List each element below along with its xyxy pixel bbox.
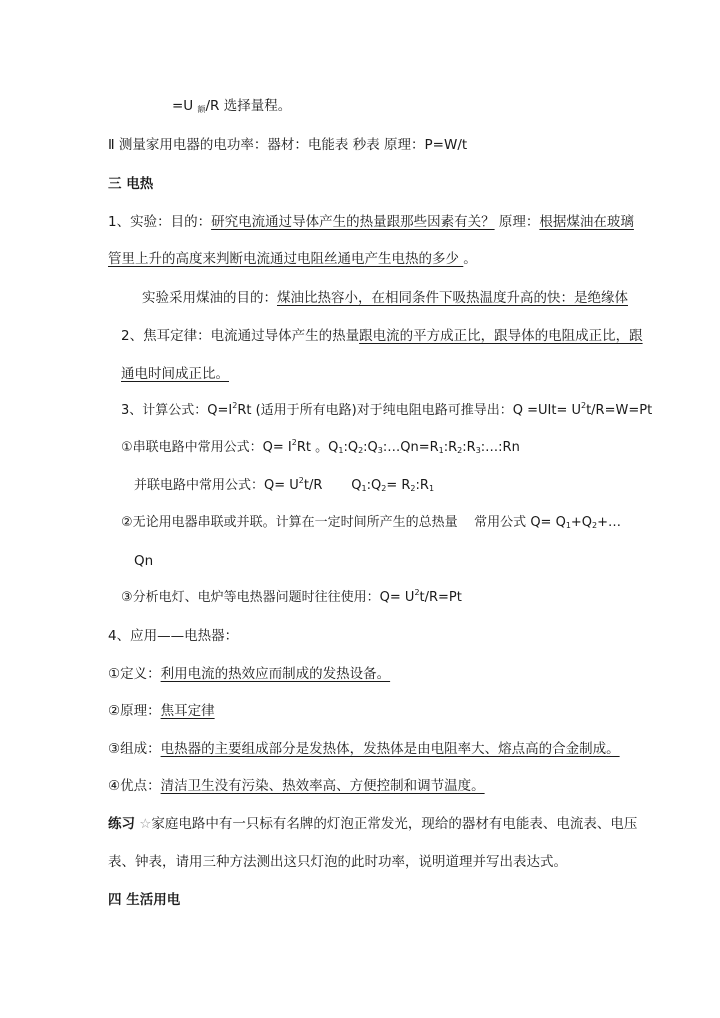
text: ②原理： xyxy=(108,703,161,719)
underlined-answer: 研究电流通过导体产生的热量跟那些因素有关？ xyxy=(211,214,495,230)
text: t/R Q xyxy=(304,478,362,493)
exercise-line-cont: 表、钟表，请用三种方法测出这只灯泡的此时功率，说明道理并写出表达式。 xyxy=(108,852,567,872)
section-heading-electric-heat: 三 电热 xyxy=(108,174,153,194)
text: ④优点： xyxy=(108,778,161,794)
text: t/R=Pt xyxy=(420,590,462,605)
underlined-answer: 跟电流的平方成正比，跟导体的电阻成正比，跟 xyxy=(359,328,643,344)
joule-law-line-cont: 通电时间成正比。 xyxy=(121,364,229,384)
text: :…Qn=R xyxy=(383,440,439,455)
text: ①定义： xyxy=(108,666,161,682)
text: /R 选择量程。 xyxy=(205,98,291,114)
total-heat-line-cont: Qn xyxy=(134,551,153,571)
parallel-formula-line: 并联电路中常用公式：Q= U2t/R Q1:Q2= R2:R1 xyxy=(134,476,434,496)
text: ②无论用电器串联或并联。计算在一定时间所产生的总热量 常用公式 Q= Q xyxy=(121,515,566,530)
text: :Q xyxy=(367,478,382,493)
underlined-answer: 通电时间成正比。 xyxy=(121,366,229,382)
joule-law-line: 2、焦耳定律：电流通过导体产生的热量跟电流的平方成正比，跟导体的电阻成正比，跟 xyxy=(121,326,643,346)
text: :R xyxy=(416,478,429,493)
text: :Q xyxy=(363,440,378,455)
subscript: 1 xyxy=(429,484,434,493)
section-heading-household-electricity: 四 生活用电 xyxy=(108,890,180,910)
text: :R xyxy=(462,440,475,455)
application-heading: 4、应用——电热器： xyxy=(108,626,238,646)
principle-line: ②原理：焦耳定律 xyxy=(108,701,215,721)
text: 并联电路中常用公式：Q= U xyxy=(134,478,299,493)
text: :R xyxy=(444,440,457,455)
experiment-line: 1、实验：目的：研究电流通过导体产生的热量跟那些因素有关？ 原理：根据煤油在玻璃 xyxy=(108,212,634,232)
text: = R xyxy=(386,478,410,493)
formula-calc-line: 3、计算公式：Q=I2Rt (适用于所有电路)对于纯电阻电路可推导出：Q =UI… xyxy=(121,401,652,421)
underlined-answer: 根据煤油在玻璃 xyxy=(539,214,634,230)
text: ①串联电路中常用公式：Q= I xyxy=(121,440,292,455)
text: +Q xyxy=(571,515,592,530)
text: ③分析电灯、电炉等电热器问题时往往使用：Q= U xyxy=(121,590,414,605)
series-formula-line: ①串联电路中常用公式：Q= I2Rt 。Q1:Q2:Q3:…Qn=R1:R2:R… xyxy=(121,438,520,458)
text: ③组成： xyxy=(108,741,161,757)
text: 。 xyxy=(463,251,477,267)
text: :…:Rn xyxy=(481,440,520,455)
text: =U xyxy=(172,98,197,114)
text: Rt (适用于所有电路)对于纯电阻电路可推导出：Q =UIt= U xyxy=(237,403,581,418)
underlined-answer: 利用电流的热效应而制成的发热设备。 xyxy=(161,666,391,682)
advantages-line: ④优点：清洁卫生没有污染、热效率高、方便控制和调节温度。 xyxy=(108,776,485,796)
composition-line: ③组成：电热器的主要组成部分是发热体，发热体是由电阻率大、熔点高的合金制成。 xyxy=(108,739,620,759)
text: :Q xyxy=(343,440,358,455)
star-icon: ☆ xyxy=(135,816,151,832)
text: 家庭电路中有一只标有名牌的灯泡正常发光，现给的器材有电能表、电流表、电压 xyxy=(151,816,637,832)
formula-line: =U 额/R 选择量程。 xyxy=(172,96,291,116)
kerosene-purpose-line: 实验采用煤油的目的：煤油比热容小，在相同条件下吸热温度升高的快：是绝缘体 xyxy=(142,288,628,308)
exercise-label: 练习 xyxy=(108,816,135,832)
text: t/R=W=Pt xyxy=(586,403,652,418)
section-ii-line: Ⅱ 测量家用电器的电功率：器材：电能表 秒表 原理：P=W/t xyxy=(108,135,467,155)
underlined-answer: 煤油比热容小，在相同条件下吸热温度升高的快：是绝缘体 xyxy=(277,290,628,306)
text: 原理： xyxy=(495,214,540,230)
experiment-line-cont: 管里上升的高度来判断电流通过电阻丝通电产生电热的多少 。 xyxy=(108,249,477,269)
definition-line: ①定义：利用电流的热效应而制成的发热设备。 xyxy=(108,664,390,684)
text: 1、实验：目的： xyxy=(108,214,211,230)
underlined-answer: 管里上升的高度来判断电流通过电阻丝通电产生电热的多少 xyxy=(108,251,463,267)
underlined-answer: 焦耳定律 xyxy=(161,703,215,719)
underlined-answer: 清洁卫生没有污染、热效率高、方便控制和调节温度。 xyxy=(161,778,485,794)
text: Rt 。Q xyxy=(297,440,339,455)
heater-formula-line: ③分析电灯、电炉等电热器问题时往往使用：Q= U2t/R=Pt xyxy=(121,588,462,608)
text: 2、焦耳定律：电流通过导体产生的热量 xyxy=(121,328,359,344)
text: +… xyxy=(597,515,621,530)
total-heat-line: ②无论用电器串联或并联。计算在一定时间所产生的总热量 常用公式 Q= Q1+Q2… xyxy=(121,513,621,533)
exercise-line: 练习 ☆家庭电路中有一只标有名牌的灯泡正常发光，现给的器材有电能表、电流表、电压 xyxy=(108,814,637,834)
text: 3、计算公式：Q=I xyxy=(121,403,232,418)
underlined-answer: 电热器的主要组成部分是发热体，发热体是由电阻率大、熔点高的合金制成。 xyxy=(161,741,620,757)
text: 实验采用煤油的目的： xyxy=(142,290,277,306)
